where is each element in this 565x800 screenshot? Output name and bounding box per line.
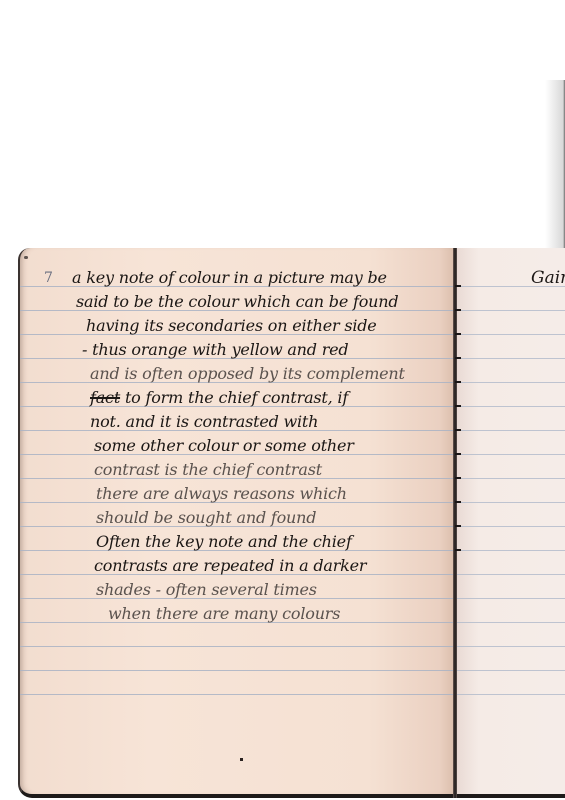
text-line: having its secondaries on either side	[86, 316, 377, 340]
ruled-line	[457, 622, 565, 623]
spine-tick	[455, 357, 461, 359]
text-line: some other colour or some other	[94, 436, 354, 460]
ruled-line	[20, 694, 457, 695]
left-page: 7 a key note of colour in a picture may …	[18, 248, 457, 798]
text-line-rest: to form the chief contrast, if	[120, 388, 348, 407]
text-line: - thus orange with yellow and red	[82, 340, 348, 364]
text-line: said to be the colour which can be found	[76, 292, 398, 316]
ruled-line	[457, 382, 565, 383]
spine-tick	[455, 285, 461, 287]
text-line: should be sought and found	[96, 508, 316, 532]
scanned-notebook: 7 a key note of colour in a picture may …	[0, 0, 565, 800]
ruled-line	[20, 670, 457, 671]
ruled-line	[457, 526, 565, 527]
text-line: Often the key note and the chief	[96, 532, 352, 556]
spine-tick	[455, 477, 461, 479]
corner-mark	[24, 256, 28, 259]
ink-speck	[240, 758, 243, 761]
ruled-line	[457, 310, 565, 311]
ruled-line	[457, 334, 565, 335]
margin-mark: 7	[44, 270, 53, 286]
notebook-spread: 7 a key note of colour in a picture may …	[18, 248, 565, 800]
right-page-text: Gain	[531, 268, 565, 288]
spine-tick	[455, 549, 461, 551]
spine-tick	[455, 309, 461, 311]
ruled-line	[457, 430, 565, 431]
ruled-line	[457, 646, 565, 647]
spine-tick	[455, 525, 461, 527]
ruled-line	[457, 550, 565, 551]
spine-tick	[455, 333, 461, 335]
ruled-line	[457, 502, 565, 503]
text-line: a key note of colour in a picture may be	[72, 268, 387, 292]
spine-tick	[455, 429, 461, 431]
text-line: when there are many colours	[108, 604, 340, 628]
ruled-line	[457, 358, 565, 359]
spine-tick	[455, 381, 461, 383]
struck-word: fact	[90, 388, 120, 407]
ruled-line	[457, 598, 565, 599]
text-line: there are always reasons which	[96, 484, 347, 508]
ruled-line	[20, 646, 457, 647]
ruled-line	[457, 406, 565, 407]
spine-tick	[455, 501, 461, 503]
text-line: contrast is the chief contrast	[94, 460, 322, 484]
spine-tick	[455, 453, 461, 455]
text-line: not. and it is contrasted with	[90, 412, 318, 436]
ruled-line	[457, 694, 565, 695]
ruled-line	[457, 478, 565, 479]
right-page: Gain	[457, 248, 565, 798]
ruled-line	[457, 670, 565, 671]
text-line: and is often opposed by its complement	[90, 364, 405, 388]
spine-tick	[455, 405, 461, 407]
text-line: contrasts are repeated in a darker	[94, 556, 366, 580]
ruled-line	[457, 454, 565, 455]
text-line: fact to form the chief contrast, if	[90, 388, 348, 412]
text-line: shades - often several times	[96, 580, 317, 604]
scan-edge-shadow	[545, 80, 565, 250]
ruled-line	[457, 574, 565, 575]
